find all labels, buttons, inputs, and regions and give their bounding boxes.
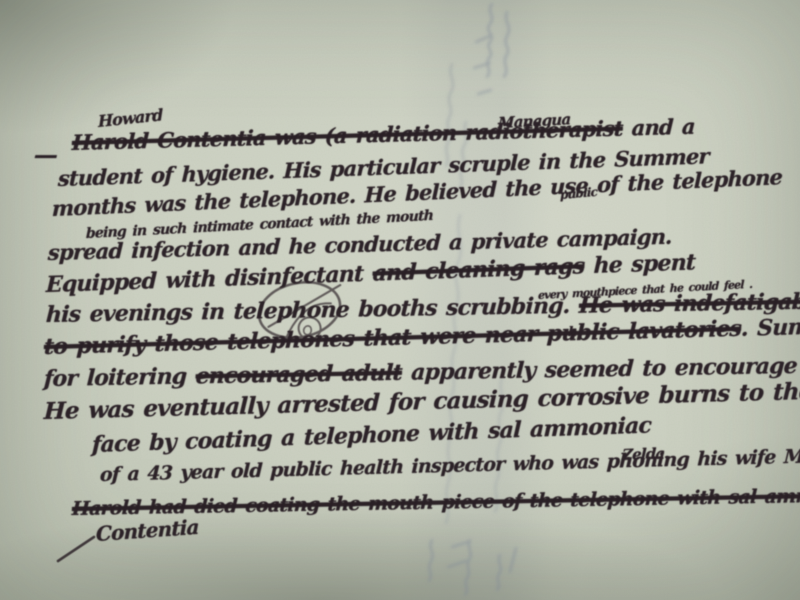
replacement-contentia: Contentia <box>96 515 199 546</box>
handwriting-text: he spent <box>584 249 696 279</box>
handwriting-text: . Summons <box>740 312 800 341</box>
margin-dash: — <box>33 140 58 169</box>
struck-text: encouraged adult <box>195 360 403 390</box>
handwriting-text: Equipped with disinfectant <box>46 261 374 298</box>
handwriting-text: Contentia <box>96 515 199 546</box>
manuscript-text: —HowardManaguaHarold Contentia was (a ra… <box>0 0 800 600</box>
handwriting-text: — <box>33 140 58 169</box>
handwriting-text: for loitering <box>43 363 196 392</box>
struck-text: and cleaning rags <box>372 253 584 286</box>
handwriting-text: and a <box>622 114 695 141</box>
struck-text: Harold <box>71 128 148 155</box>
struck-text: Contentia was (a radiation radiotherapis… <box>148 116 623 153</box>
manuscript-photo: —HowardManaguaHarold Contentia was (a ra… <box>0 0 800 600</box>
struck-last-line: Harold had died coating the mouth piece … <box>71 484 800 520</box>
struck-text: Harold had died coating the mouth piece … <box>71 484 800 520</box>
